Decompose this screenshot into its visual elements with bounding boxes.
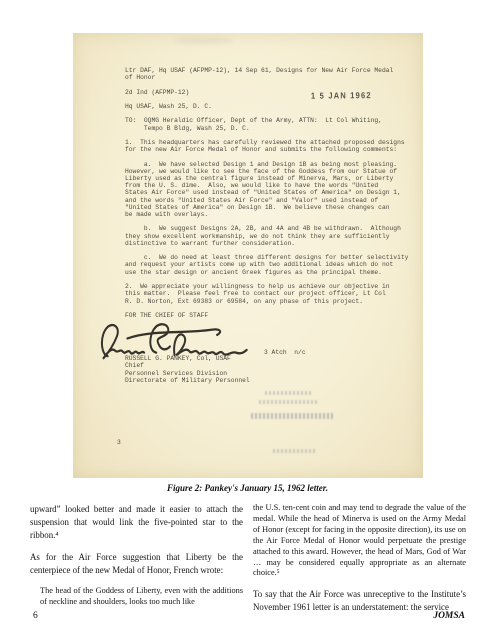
scan-smudge — [173, 37, 233, 44]
attachment-note: 3 Atch n/c — [264, 349, 306, 356]
figure-caption: Figure 2: Pankey's January 15, 1962 lett… — [0, 483, 495, 493]
block-quote: the U.S. ten-cent coin and may tend to d… — [253, 503, 466, 579]
left-column: upward” looked better and made it easier… — [30, 503, 243, 623]
right-column: the U.S. ten-cent coin and may tend to d… — [253, 503, 466, 623]
faint-stamp-line — [259, 400, 319, 404]
letter-scan: Ltr DAF, Hq USAF (AFPMP-12), 14 Sep 61, … — [73, 33, 423, 478]
article-columns: upward” looked better and made it easier… — [30, 503, 466, 623]
footer-page-number: 6 — [33, 611, 38, 621]
signature — [97, 319, 249, 365]
faint-stamp-line — [273, 449, 317, 453]
journal-name: JOMSA — [433, 611, 465, 621]
paragraph: As for the Air Force suggestion that Lib… — [30, 551, 243, 577]
faint-received-stamp — [251, 389, 337, 459]
date-stamp: 1 5 JAN 1962 — [311, 90, 372, 101]
paragraph: upward” looked better and made it easier… — [30, 503, 243, 542]
faint-stamp-line — [251, 413, 333, 419]
block-quote: The head of the Goddess of Liberty, even… — [40, 586, 243, 608]
letter-page-number: 3 — [117, 439, 121, 446]
faint-stamp-line — [265, 391, 311, 395]
